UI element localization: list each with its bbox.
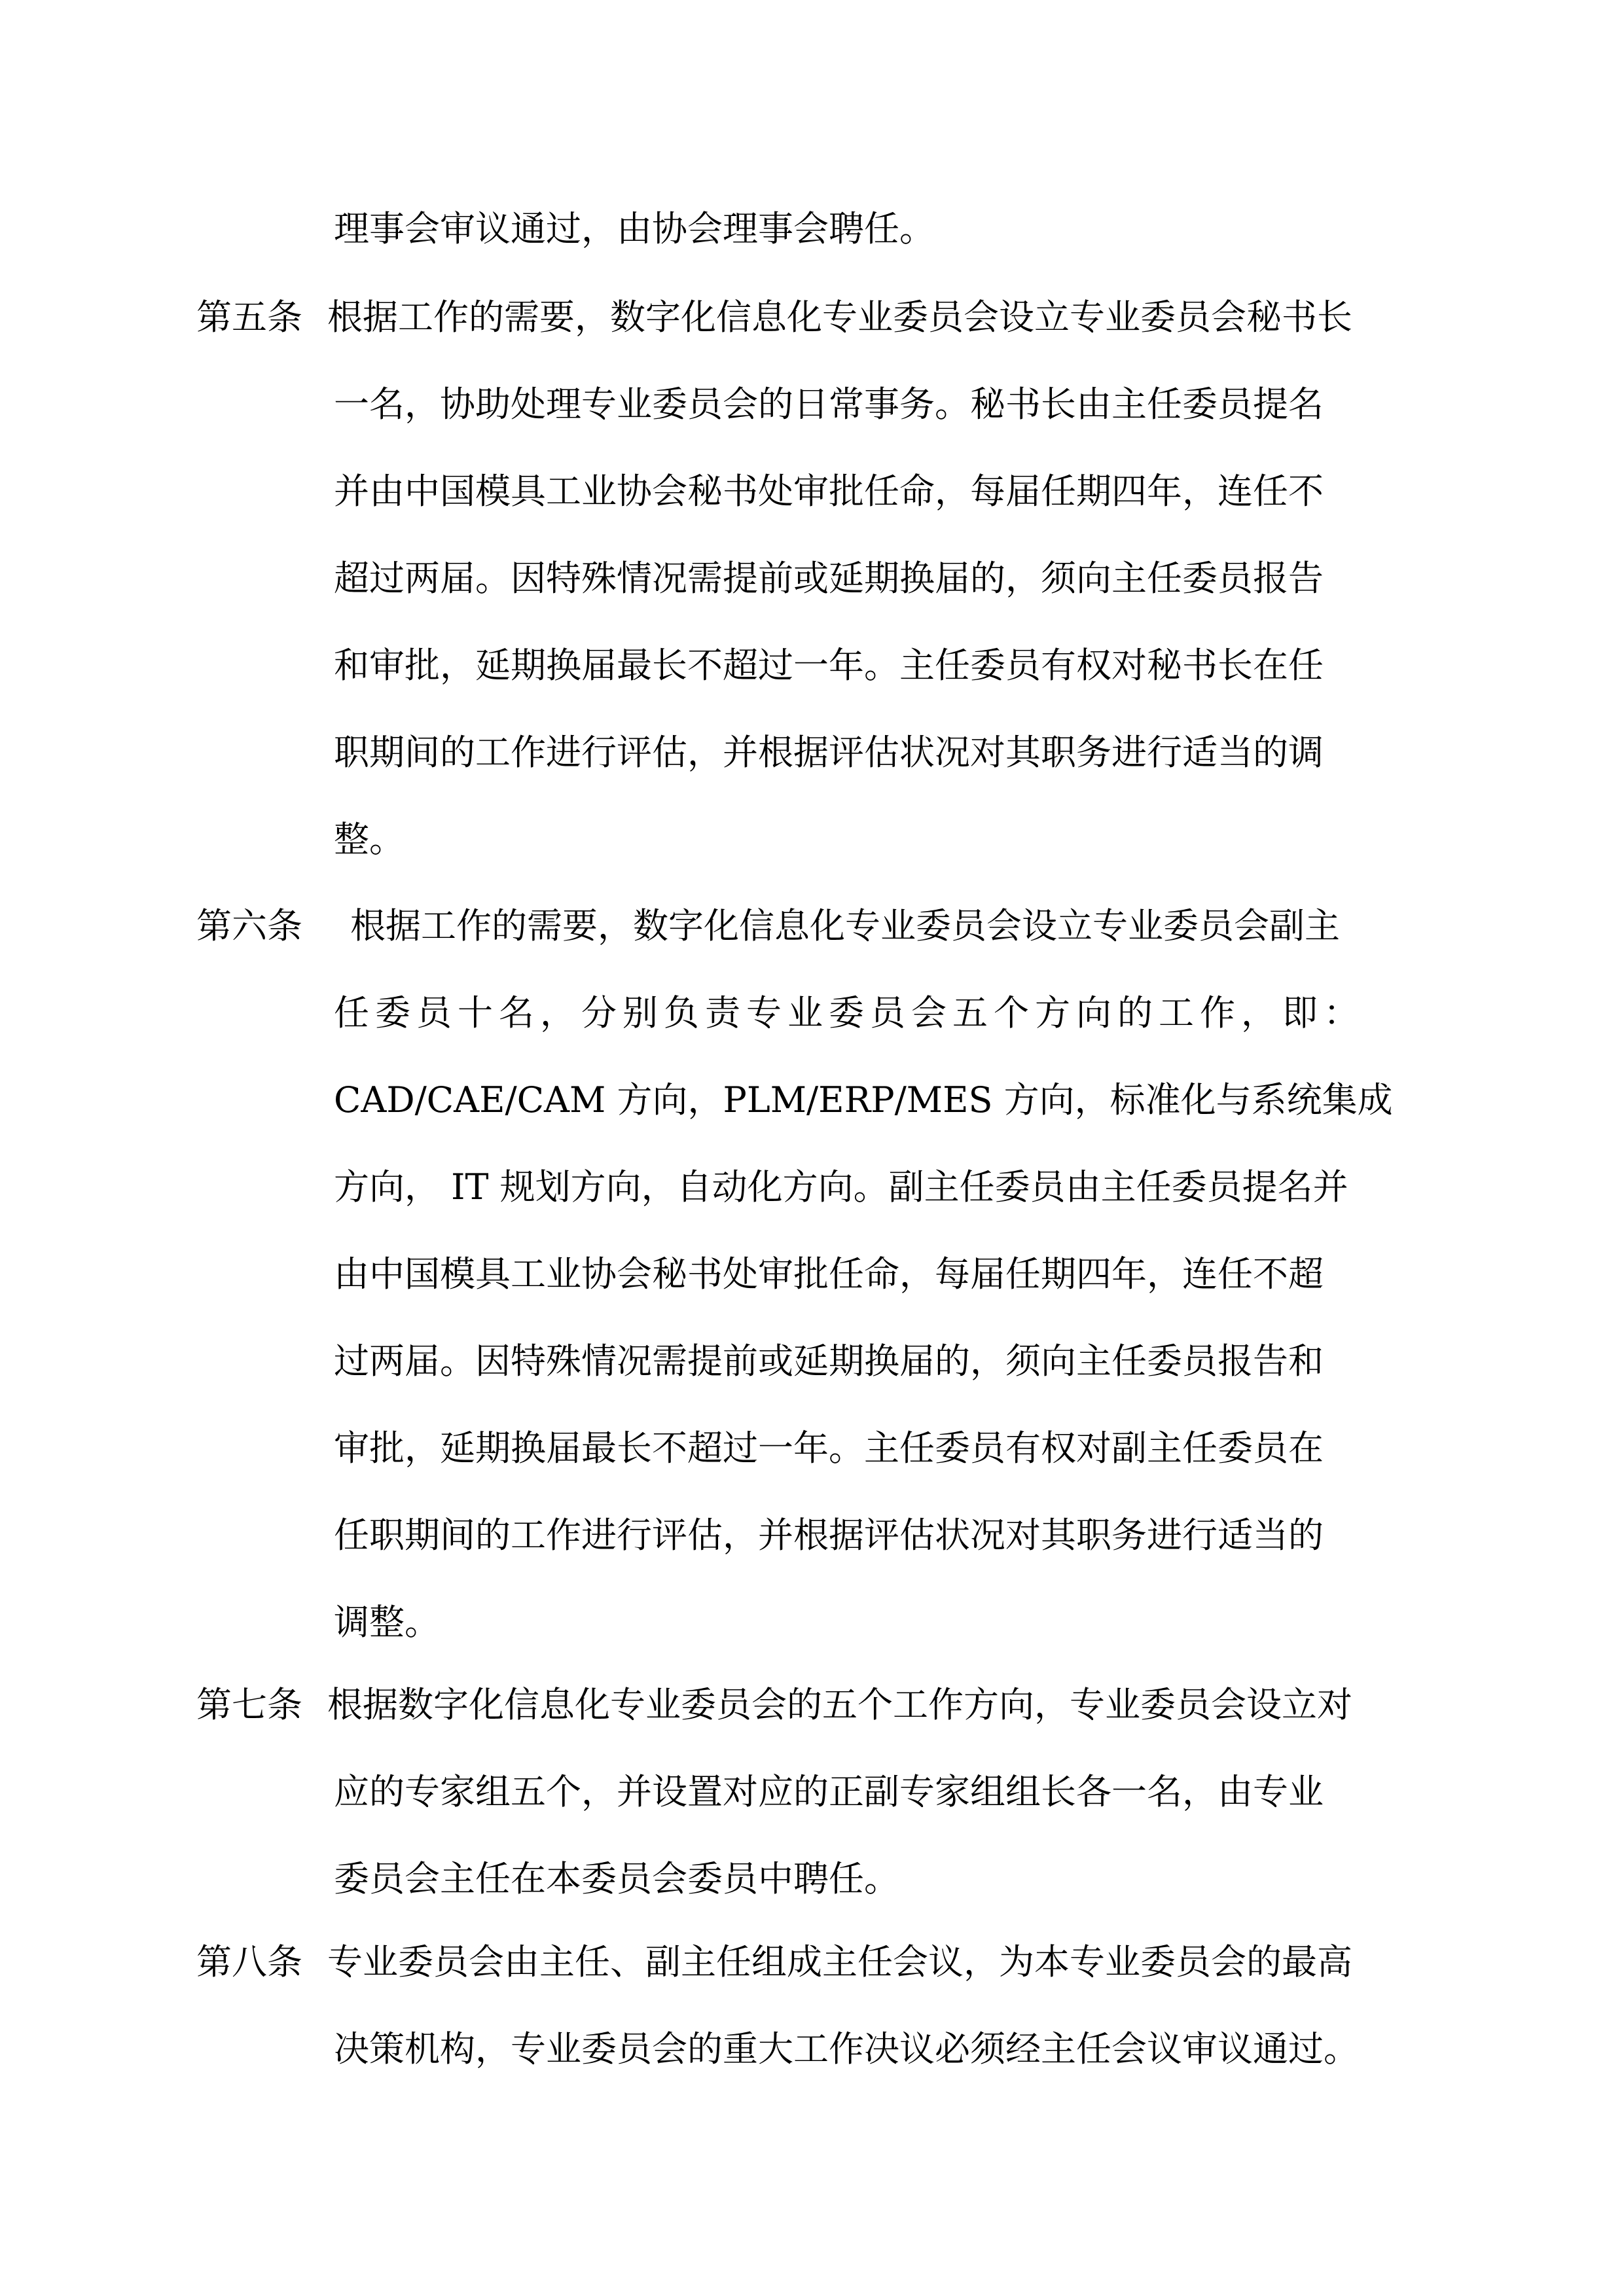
article-7-line-1: 根据数字化信息化专业委员会的五个工作方向，专业委员会设立对 — [327, 1684, 1352, 1725]
article-6-line-7: 审批，延期换届最长不超过一年。主任委员有权对副主任委员在 — [334, 1429, 1324, 1468]
article-6-line-4: 方向， IT 规划方向，自动化方向。副主任委员由主任委员提名并 — [334, 1168, 1348, 1207]
article-5-line-3: 并由中国模具工业协会秘书处审批任命，每届任期四年，连任不 — [334, 472, 1324, 511]
article-7-label: 第七条 — [196, 1685, 327, 1725]
article-8-label: 第八条 — [196, 1943, 327, 1982]
article-5-label: 第五条 — [196, 298, 327, 337]
article-7-line-3: 委员会主任在本委员会委员中聘任。 — [334, 1859, 899, 1899]
article-7-line-2: 应的专家组五个，并设置对应的正副专家组组长各一名，由专业 — [334, 1772, 1324, 1812]
article-6-line-1: 根据工作的需要，数字化信息化专业委员会设立专业委员会副主 — [350, 905, 1340, 946]
article-5-line-2: 一名，协助处理专业委员会的日常事务。秘书长由主任委员提名 — [334, 385, 1324, 424]
article-6-line-8: 任职期间的工作进行评估，并根据评估状况对其职务进行适当的 — [334, 1516, 1324, 1555]
article-5-line-6: 职期间的工作进行评估，并根据评估状况对其职务进行适当的调 — [334, 733, 1324, 772]
article-7-heading-line: 第七条根据数字化信息化专业委员会的五个工作方向，专业委员会设立对 — [196, 1685, 1352, 1725]
article-6-line-3: CAD/CAE/CAM 方向，PLM/ERP/MES 方向，标准化与系统集成 — [334, 1081, 1393, 1120]
article-6-label: 第六条 — [196, 906, 350, 946]
article-6-line-9: 调整。 — [334, 1603, 440, 1642]
article-6-line-6: 过两届。因特殊情况需提前或延期换届的，须向主任委员报告和 — [334, 1342, 1324, 1381]
article-5-line-1: 根据工作的需要，数字化信息化专业委员会设立专业委员会秘书长 — [327, 296, 1352, 338]
article-8-heading-line: 第八条专业委员会由主任、副主任组成主任会议，为本专业委员会的最高 — [196, 1943, 1352, 1982]
article-5-line-5: 和审批，延期换届最长不超过一年。主任委员有权对秘书长在任 — [334, 646, 1324, 685]
article-5-line-4: 超过两届。因特殊情况需提前或延期换届的，须向主任委员报告 — [334, 559, 1324, 598]
article-6-heading-line: 第六条根据工作的需要，数字化信息化专业委员会设立专业委员会副主 — [196, 906, 1340, 946]
article-6-line-2: 任委员十名，分别负责专业委员会五个方向的工作，即： — [334, 994, 1365, 1033]
document-page: 理事会审议通过，由协会理事会聘任。 第五条根据工作的需要，数字化信息化专业委员会… — [0, 0, 1624, 2296]
article-8-line-2: 决策机构，专业委员会的重大工作决议必须经主任会议审议通过。 — [334, 2030, 1359, 2069]
article-5-line-7: 整。 — [334, 820, 405, 859]
article-6-line-5: 由中国模具工业协会秘书处审批任命，每届任期四年，连任不超 — [334, 1255, 1324, 1294]
article-8-line-1: 专业委员会由主任、副主任组成主任会议，为本专业委员会的最高 — [327, 1941, 1352, 1982]
article-5-heading-line: 第五条根据工作的需要，数字化信息化专业委员会设立专业委员会秘书长 — [196, 298, 1352, 337]
continuation-line: 理事会审议通过，由协会理事会聘任。 — [334, 209, 935, 249]
